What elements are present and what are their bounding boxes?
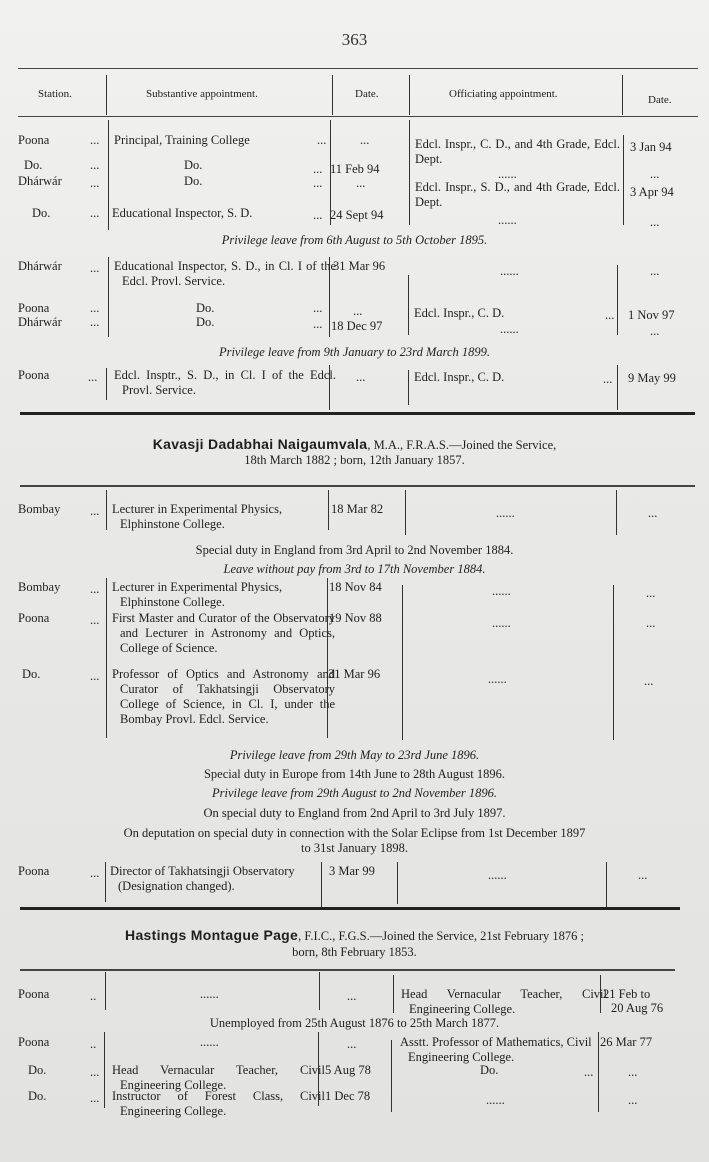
column-divider — [393, 975, 394, 1013]
officiating-appointment: ...... — [496, 506, 515, 521]
substantive-appointment: Do. — [184, 174, 202, 189]
officiating-appointment: Edcl. Inspr., S. D., and 4th Grade, Edcl… — [415, 180, 620, 210]
date: ... — [356, 370, 365, 385]
leader-dots: ... — [313, 301, 322, 316]
service-note: Privilege leave from 9th January to 23rd… — [0, 345, 709, 360]
officiating-date: ... — [650, 264, 659, 279]
date: 18 Nov 84 — [329, 580, 382, 595]
leader-dots: ... — [313, 208, 322, 223]
leader-dots: ... — [90, 613, 99, 628]
column-divider — [402, 585, 403, 740]
date: 19 Nov 88 — [329, 611, 382, 626]
document-page: 363 Station. Substantive appointment. Da… — [0, 0, 709, 1162]
header-station: Station. — [38, 88, 72, 100]
section-divider — [20, 412, 695, 415]
officiating-appointment: ...... — [492, 616, 511, 631]
leader-dots: .. — [90, 989, 96, 1004]
substantive-appointment: Lecturer in Experimental Physics, Elphin… — [112, 502, 335, 532]
leader-dots: ... — [90, 133, 99, 148]
officiating-appointment: Edcl. Inspr., C. D. — [414, 306, 504, 321]
leader-dots: ... — [605, 308, 614, 323]
substantive-appointment: Principal, Training College — [114, 133, 250, 148]
station: Poona — [18, 301, 49, 316]
substantive-appointment: Educational Inspector, S. D. — [112, 206, 252, 221]
officiating-date: 20 Aug 76 — [611, 1001, 663, 1016]
station: Dhárwár — [18, 259, 62, 274]
officiating-date: 21 Feb to — [603, 987, 650, 1002]
station: Do. — [28, 1089, 46, 1104]
column-divider — [104, 1032, 105, 1108]
leader-dots: ... — [313, 176, 322, 191]
column-divider — [397, 862, 398, 904]
date: 31 Mar 96 — [333, 259, 385, 274]
substantive-appointment: Lecturer in Experimental Physics, Elphin… — [112, 580, 335, 610]
station: Poona — [18, 987, 49, 1002]
section-divider — [20, 907, 680, 910]
service-note: Privilege leave from 29th May to 23rd Ju… — [0, 748, 709, 763]
officiating-date: 9 May 99 — [628, 371, 676, 386]
station: Do. — [24, 158, 42, 173]
leader-dots: ... — [90, 504, 99, 519]
person-dates: 18th March 1882 ; born, 12th January 185… — [0, 453, 709, 468]
person-heading: Hastings Montague Page, F.I.C., F.G.S.—J… — [0, 928, 709, 944]
date: ... — [347, 1037, 356, 1052]
officiating-date: ... — [628, 1093, 637, 1108]
column-divider — [613, 585, 614, 740]
leader-dots: ... — [313, 317, 322, 332]
column-divider — [108, 120, 109, 230]
leader-dots: ... — [90, 301, 99, 316]
station: Do. — [22, 667, 40, 682]
leader-dots: .. — [90, 1037, 96, 1052]
officiating-appointment: ...... — [492, 584, 511, 599]
header-officiating: Officiating appointment. — [449, 88, 558, 100]
service-note: On special duty to England from 2nd Apri… — [0, 806, 709, 821]
station: Poona — [18, 611, 49, 626]
header-substantive: Substantive appointment. — [146, 88, 258, 100]
leader-dots: ... — [90, 866, 99, 881]
date: 1 Dec 78 — [325, 1089, 370, 1104]
leader-dots: ... — [90, 1065, 99, 1080]
person-qualifications: , F.I.C., F.G.S.—Joined the Service, 21s… — [298, 929, 584, 943]
column-divider — [106, 368, 107, 400]
station: Bombay — [18, 580, 60, 595]
header-date: Date. — [355, 88, 379, 100]
officiating-appointment: Edcl. Inspr., C. D., and 4th Grade, Edcl… — [415, 137, 620, 167]
header-date-2: Date. — [648, 94, 672, 106]
leader-dots: ... — [90, 1091, 99, 1106]
substantive-appointment: Professor of Optics and Astronomy and Cu… — [112, 667, 335, 727]
leader-dots: ... — [90, 261, 99, 276]
officiating-date: ... — [646, 616, 655, 631]
leader-dots: ... — [90, 206, 99, 221]
header-top-rule — [18, 68, 698, 69]
officiating-date: 3 Jan 94 — [630, 140, 672, 155]
substantive-appointment: ...... — [200, 1035, 219, 1050]
header-bottom-rule — [18, 116, 698, 117]
substantive-appointment: Do. — [196, 301, 214, 316]
date: 3 Mar 99 — [329, 864, 375, 879]
leader-dots: ... — [90, 315, 99, 330]
officiating-appointment: Edcl. Inspr., C. D. — [414, 370, 504, 385]
column-divider — [332, 75, 333, 115]
page-number: 363 — [0, 30, 709, 50]
leader-dots: ... — [313, 162, 322, 177]
person-heading: Kavasji Dadabhai Naigaumvala, M.A., F.R.… — [0, 437, 709, 453]
officiating-appointment: Head Vernacular Teacher, Civil Engineeri… — [401, 987, 607, 1017]
substantive-appointment: Educational Inspector, S. D., in Cl. I o… — [114, 259, 336, 289]
officiating-appointment: ...... — [486, 1093, 505, 1108]
column-divider — [405, 490, 406, 535]
date: ... — [347, 989, 356, 1004]
station: Do. — [32, 206, 50, 221]
leader-dots: ... — [584, 1065, 593, 1080]
substantive-appointment: Do. — [196, 315, 214, 330]
person-qualifications: , M.A., F.R.A.S.—Joined the Service, — [367, 438, 556, 452]
column-divider — [617, 265, 618, 335]
substantive-appointment: Edcl. Insptr., S. D., in Cl. I of the Ed… — [114, 368, 336, 398]
service-note: Special duty in England from 3rd April t… — [0, 543, 709, 558]
station: Poona — [18, 864, 49, 879]
officiating-date: ... — [628, 1065, 637, 1080]
date: 5 Aug 78 — [325, 1063, 371, 1078]
section-rule — [20, 485, 695, 487]
column-divider — [409, 120, 410, 225]
person-name: Kavasji Dadabhai Naigaumvala — [153, 436, 368, 452]
date: 24 Sept 94 — [330, 208, 383, 223]
column-divider — [408, 275, 409, 335]
station: Do. — [28, 1063, 46, 1078]
officiating-date: 1 Nov 97 — [628, 308, 675, 323]
service-note: Special duty in Europe from 14th June to… — [0, 767, 709, 782]
leader-dots: ... — [90, 669, 99, 684]
station: Poona — [18, 368, 49, 383]
leader-dots: ... — [88, 370, 97, 385]
officiating-appointment: ...... — [488, 868, 507, 883]
officiating-appointment: ...... — [500, 264, 519, 279]
column-divider — [391, 1040, 392, 1112]
leader-dots: ... — [317, 133, 326, 148]
person-name: Hastings Montague Page — [125, 927, 298, 943]
station: Poona — [18, 1035, 49, 1050]
station: Bombay — [18, 502, 60, 517]
service-note: Privilege leave from 29th August to 2nd … — [0, 786, 709, 801]
person-dates: born, 8th February 1853. — [0, 945, 709, 960]
column-divider — [106, 578, 107, 738]
date: 31 Mar 96 — [328, 667, 380, 682]
column-divider — [623, 135, 624, 225]
substantive-appointment: Instructor of Forest Class, Civil Engine… — [112, 1089, 325, 1119]
date: 11 Feb 94 — [330, 162, 380, 177]
officiating-appointment: ...... — [500, 322, 519, 337]
service-note: to 31st January 1898. — [0, 841, 709, 856]
officiating-appointment: Do. — [480, 1063, 498, 1078]
column-divider — [106, 490, 107, 530]
officiating-appointment: Asstt. Professor of Mathematics, Civil E… — [400, 1035, 606, 1065]
column-divider — [108, 257, 109, 337]
officiating-date: ... — [646, 586, 655, 601]
station: Poona — [18, 133, 49, 148]
leader-dots: ... — [603, 372, 612, 387]
service-note: Leave without pay from 3rd to 17th Novem… — [0, 562, 709, 577]
officiating-date: 3 Apr 94 — [630, 185, 674, 200]
officiating-date: 26 Mar 77 — [600, 1035, 652, 1050]
column-divider — [606, 862, 607, 907]
date: 18 Mar 82 — [331, 502, 383, 517]
officiating-date: ... — [638, 868, 647, 883]
column-divider — [105, 972, 106, 1010]
date: ... — [356, 176, 365, 191]
column-divider — [409, 75, 410, 115]
station: Dhárwár — [18, 174, 62, 189]
substantive-appointment: Director of Takhatsingji Observatory (De… — [110, 864, 330, 894]
date: ... — [360, 133, 369, 148]
officiating-date: ... — [650, 167, 659, 182]
officiating-date: ... — [650, 324, 659, 339]
service-note: On deputation on special duty in connect… — [0, 826, 709, 841]
column-divider — [106, 75, 107, 115]
substantive-appointment: Do. — [184, 158, 202, 173]
service-note: Privilege leave from 6th August to 5th O… — [0, 233, 709, 248]
column-divider — [105, 862, 106, 902]
officiating-date: ... — [648, 506, 657, 521]
substantive-appointment: First Master and Curator of the Observat… — [112, 611, 335, 656]
column-divider — [408, 370, 409, 405]
officiating-appointment: ...... — [488, 672, 507, 687]
officiating-date: ... — [650, 215, 659, 230]
substantive-appointment: ...... — [200, 987, 219, 1002]
leader-dots: ... — [90, 582, 99, 597]
date: ... — [353, 304, 362, 319]
column-divider — [616, 490, 617, 535]
officiating-appointment: ...... — [498, 213, 517, 228]
section-rule — [20, 969, 675, 971]
leader-dots: ... — [90, 158, 99, 173]
date: 18 Dec 97 — [331, 319, 382, 334]
column-divider — [319, 972, 320, 1010]
officiating-date: ... — [644, 674, 653, 689]
service-note: Unemployed from 25th August 1876 to 25th… — [0, 1016, 709, 1031]
column-divider — [622, 75, 623, 115]
leader-dots: ... — [90, 176, 99, 191]
station: Dhárwár — [18, 315, 62, 330]
column-divider — [617, 365, 618, 410]
